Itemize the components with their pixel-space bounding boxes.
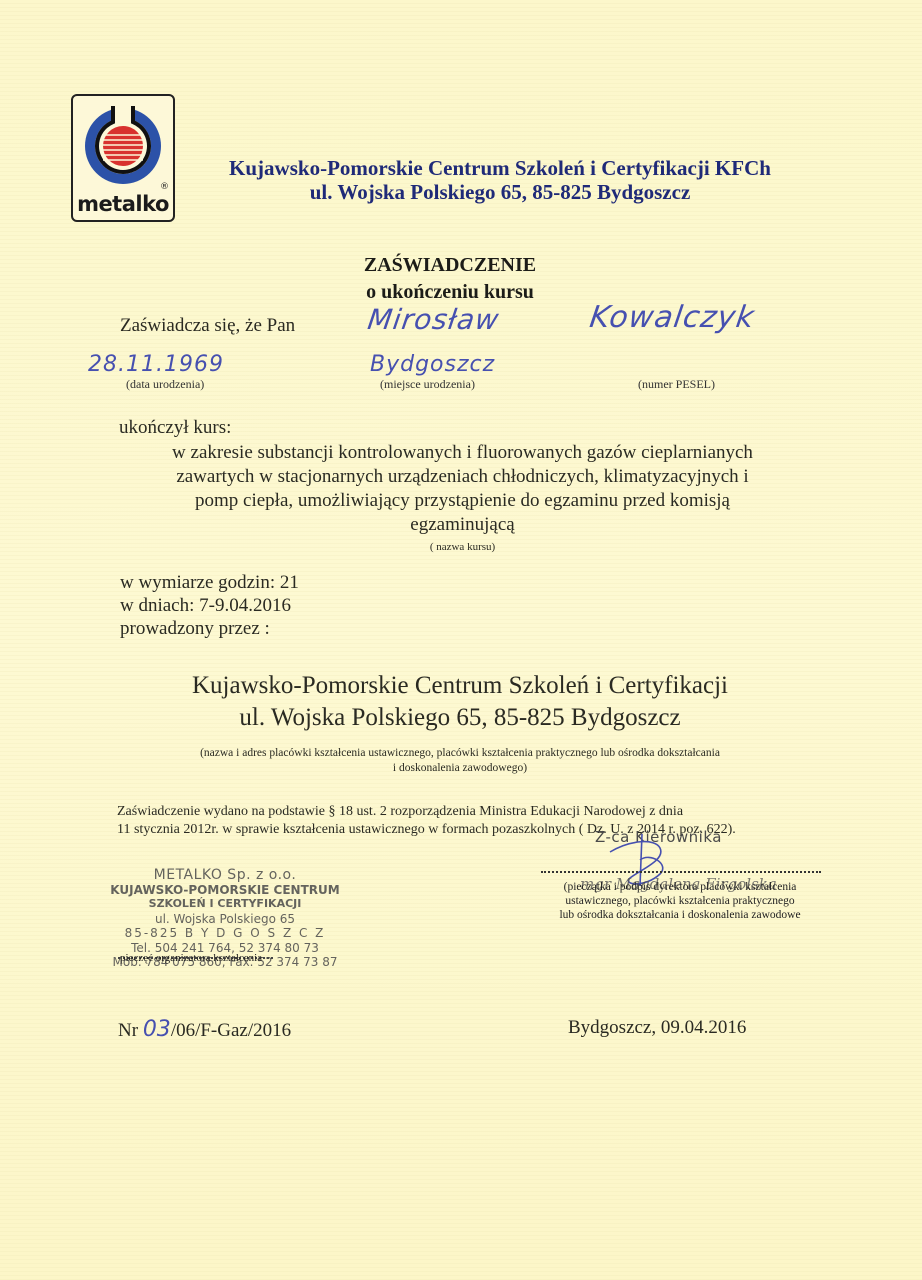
number-suffix: /06/F-Gaz/2016 xyxy=(171,1020,291,1041)
issue-place-date: Bydgoszcz, 09.04.2016 xyxy=(568,1017,746,1039)
course-name-line: egzaminującą xyxy=(100,513,825,537)
legal-basis-line: 11 stycznia 2012r. w sprawie kształcenia… xyxy=(117,821,837,839)
caption-birth-date: (data urodzenia) xyxy=(126,377,204,392)
institution-caption-line: i doskonalenia zawodowego) xyxy=(150,761,770,776)
registered-mark: ® xyxy=(160,182,169,192)
number-prefix: Nr xyxy=(118,1020,143,1041)
caption-birth-place: (miejsce urodzenia) xyxy=(380,377,475,392)
course-dates: w dniach: 7-9.04.2016 xyxy=(120,594,299,617)
metalko-emblem-icon xyxy=(79,102,167,186)
legal-basis-line: Zaświadczenie wydano na podstawie § 18 u… xyxy=(117,803,837,821)
institution-caption: (nazwa i adres placówki kształcenia usta… xyxy=(150,746,770,776)
stamp-line: ul. Wojska Polskiego 65 xyxy=(100,912,350,927)
document-title: ZAŚWIADCZENIE o ukończeniu kursu xyxy=(250,252,650,306)
metalko-logo: ® metalko xyxy=(71,94,175,222)
caption-pesel: (numer PESEL) xyxy=(638,377,715,392)
organizer-stamp-caption: pieczęć organizatora kształcenia xyxy=(120,952,262,964)
course-name-caption: ( nazwa kursu) xyxy=(100,541,825,553)
course-name: w zakresie substancji kontrolowanych i f… xyxy=(100,441,825,537)
director-signature-line xyxy=(541,871,821,873)
certificate-number: Nr 03/06/F-Gaz/2016 xyxy=(118,1017,291,1042)
institution-name: Kujawsko-Pomorskie Centrum Szkoleń i Cer… xyxy=(100,670,820,702)
stamp-line: METALKO Sp. z o.o. xyxy=(100,868,350,883)
course-details: w wymiarze godzin: 21 w dniach: 7-9.04.2… xyxy=(120,571,299,640)
title-sub: o ukończeniu kursu xyxy=(250,279,650,306)
institution-caption-line: (nazwa i adres placówki kształcenia usta… xyxy=(150,746,770,761)
recipient-first-name: Mirosław xyxy=(366,303,502,336)
signature-caption-line: ustawicznego, placówki kształcenia prakt… xyxy=(535,894,825,908)
signature-caption-line: lub ośrodka dokształcania i doskonalenia… xyxy=(535,908,825,922)
institution-block: Kujawsko-Pomorskie Centrum Szkoleń i Cer… xyxy=(100,670,820,734)
stamp-line: KUJAWSKO-POMORSKIE CENTRUM xyxy=(100,883,350,898)
recipient-intro: Zaświadcza się, że Pan xyxy=(120,315,295,337)
stamp-line: 85-825 B Y D G O S Z C Z xyxy=(100,926,350,941)
letterhead-address: ul. Wojska Polskiego 65, 85-825 Bydgoszc… xyxy=(170,180,830,204)
letterhead: Kujawsko-Pomorskie Centrum Szkoleń i Cer… xyxy=(170,156,830,204)
letterhead-organization: Kujawsko-Pomorskie Centrum Szkoleń i Cer… xyxy=(170,156,830,180)
signature-caption-line: (pieczątka i podpis dyrektora placówki k… xyxy=(535,880,825,894)
number-handwritten: 03 xyxy=(143,1017,171,1042)
director-signature-caption: (pieczątka i podpis dyrektora placówki k… xyxy=(535,880,825,922)
course-conducted-by: prowadzony przez : xyxy=(120,617,299,640)
course-name-line: zawartych w stacjonarnych urządzeniach c… xyxy=(100,465,825,489)
title-main: ZAŚWIADCZENIE xyxy=(250,252,650,279)
stamp-line: SZKOLEŃ I CERTYFIKACJI xyxy=(100,897,350,912)
legal-basis: Zaświadczenie wydano na podstawie § 18 u… xyxy=(117,803,837,839)
recipient-birth-place: Bydgoszcz xyxy=(370,352,495,377)
logo-brand-text: metalko xyxy=(73,192,173,216)
course-name-line: pomp ciepła, umożliwiający przystąpienie… xyxy=(100,489,825,513)
course-hours: w wymiarze godzin: 21 xyxy=(120,571,299,594)
recipient-last-name: Kowalczyk xyxy=(588,300,758,335)
recipient-birth-date: 28.11.1969 xyxy=(88,352,224,377)
course-intro: ukończył kurs: xyxy=(119,417,231,439)
institution-address: ul. Wojska Polskiego 65, 85-825 Bydgoszc… xyxy=(100,702,820,734)
course-name-line: w zakresie substancji kontrolowanych i f… xyxy=(100,441,825,465)
